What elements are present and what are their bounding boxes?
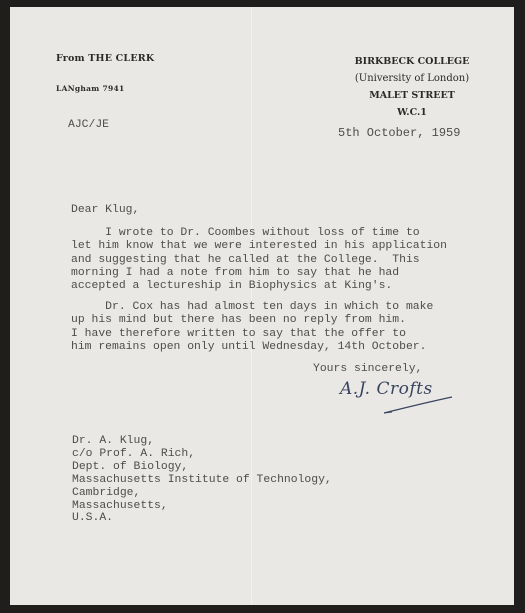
letter-page: From THE CLERK LANgham 7941 BIRKBECK COL… [10,7,514,605]
reference-code: AJC/JE [68,119,109,132]
letterhead-from: From THE CLERK [56,53,154,64]
letterhead-address: BIRKBECK COLLEGE (University of London) … [332,53,492,121]
letter-date: 5th October, 1959 [338,127,460,140]
letterhead-institution: BIRKBECK COLLEGE [332,53,492,70]
handwritten-signature: A.J. Crofts [340,379,433,399]
letterhead-district: W.C.1 [332,104,492,121]
closing: Yours sincerely, [313,363,422,376]
signature-underline-icon [334,391,474,421]
body-paragraph-1: I wrote to Dr. Coombes without loss of t… [71,227,447,293]
letterhead-affiliation: (University of London) [332,70,492,87]
salutation: Dear Klug, [71,204,139,217]
body-paragraph-2: Dr. Cox has had almost ten days in which… [71,301,433,354]
letterhead-street: MALET STREET [332,87,492,104]
recipient-address: Dr. A. Klug, c/o Prof. A. Rich, Dept. of… [72,435,332,525]
letterhead-phone: LANgham 7941 [56,84,125,93]
